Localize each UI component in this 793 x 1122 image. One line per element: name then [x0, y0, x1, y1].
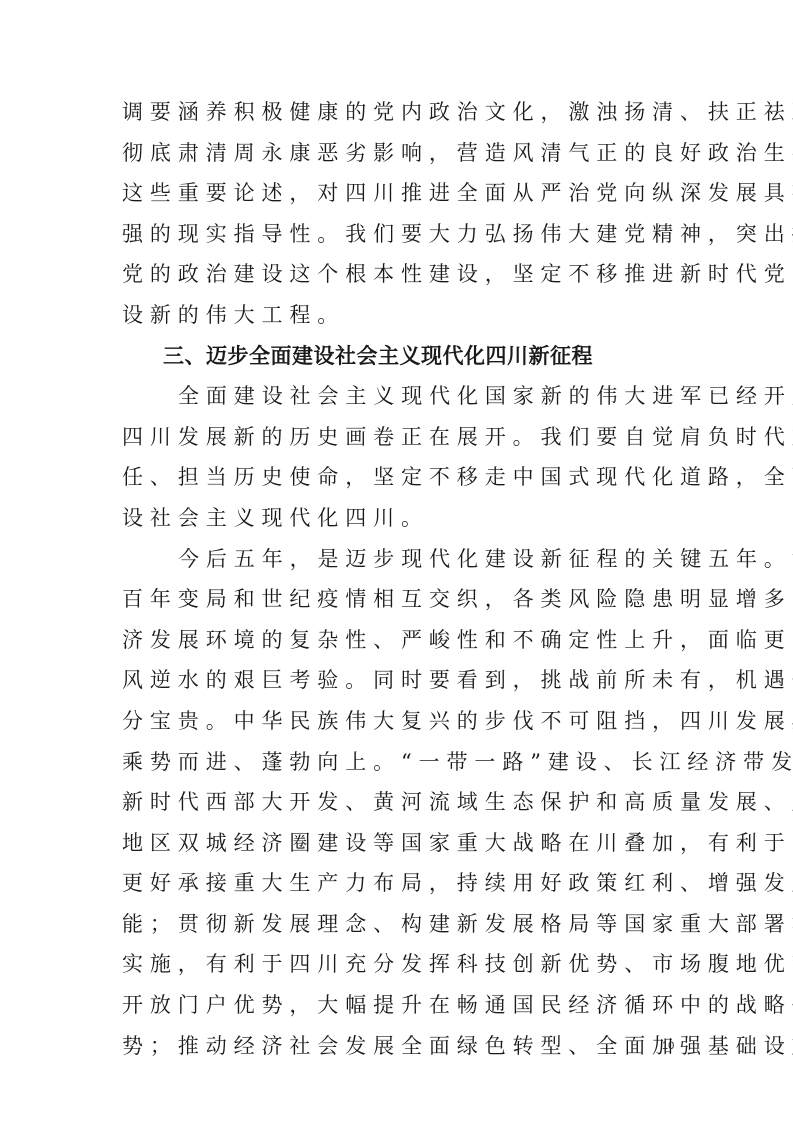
section-heading: 三、迈步全面建设社会主义现代化四川新征程	[122, 336, 686, 377]
text-line: 地区双城经济圈建设等国家重大战略在川叠加，有利于四川	[122, 823, 686, 864]
text-line: 全面建设社会主义现代化国家新的伟大进军已经开启，	[122, 376, 686, 417]
paragraph-2: 全面建设社会主义现代化国家新的伟大进军已经开启， 四川发展新的历史画卷正在展开。…	[122, 376, 686, 538]
text-line: 党的政治建设这个根本性建设，坚定不移推进新时代党的建	[122, 254, 686, 295]
text-line: 开放门户优势，大幅提升在畅通国民经济循环中的战略位	[122, 985, 686, 1026]
text-line: 新时代西部大开发、黄河流域生态保护和高质量发展、成渝	[122, 782, 686, 823]
document-body: 调要涵养积极健康的党内政治文化，激浊扬清、扶正祛邪， 彻底肃清周永康恶劣影响，营…	[122, 92, 686, 1066]
text-line: 实施，有利于四川充分发挥科技创新优势、市场腹地优势和	[122, 944, 686, 985]
text-line: 更好承接重大生产力布局，持续用好政策红利、增强发展动	[122, 863, 686, 904]
text-line: 强的现实指导性。我们要大力弘扬伟大建党精神，突出抓好	[122, 214, 686, 255]
text-line: 百年变局和世纪疫情相互交织，各类风险隐患明显增多，经	[122, 579, 686, 620]
text-line: 能；贯彻新发展理念、构建新发展格局等国家重大部署深入	[122, 904, 686, 945]
text-line: 四川发展新的历史画卷正在展开。我们要自觉肩负时代重	[122, 417, 686, 458]
text-line: 今后五年，是迈步现代化建设新征程的关键五年。世界	[122, 539, 686, 580]
text-line: 分宝贵。中华民族伟大复兴的步伐不可阻挡，四川发展必将	[122, 701, 686, 742]
text-line: 这些重要论述，对四川推进全面从严治党向纵深发展具有很	[122, 173, 686, 214]
text-line: 济发展环境的复杂性、严峻性和不确定性上升，面临更多逆	[122, 620, 686, 661]
page-number: 10	[662, 1040, 674, 1052]
paragraph-3: 今后五年，是迈步现代化建设新征程的关键五年。世界 百年变局和世纪疫情相互交织，各…	[122, 539, 686, 1067]
paragraph-continued: 调要涵养积极健康的党内政治文化，激浊扬清、扶正祛邪， 彻底肃清周永康恶劣影响，营…	[122, 92, 686, 336]
text-line: 彻底肃清周永康恶劣影响，营造风清气正的良好政治生态。	[122, 133, 686, 174]
text-line: 设社会主义现代化四川。	[122, 498, 686, 539]
text-line: 势；推动经济社会发展全面绿色转型、全面加强基础设施建	[122, 1026, 686, 1067]
text-line: 任、担当历史使命，坚定不移走中国式现代化道路，全面建	[122, 457, 686, 498]
text-line: 风逆水的艰巨考验。同时要看到，挑战前所未有，机遇也十	[122, 660, 686, 701]
text-line: 设新的伟大工程。	[122, 295, 686, 336]
document-page: 调要涵养积极健康的党内政治文化，激浊扬清、扶正祛邪， 彻底肃清周永康恶劣影响，营…	[0, 0, 793, 1122]
text-line: 乘势而进、蓬勃向上。“一带一路”建设、长江经济带发展、	[122, 742, 686, 783]
text-line: 调要涵养积极健康的党内政治文化，激浊扬清、扶正祛邪，	[122, 92, 686, 133]
